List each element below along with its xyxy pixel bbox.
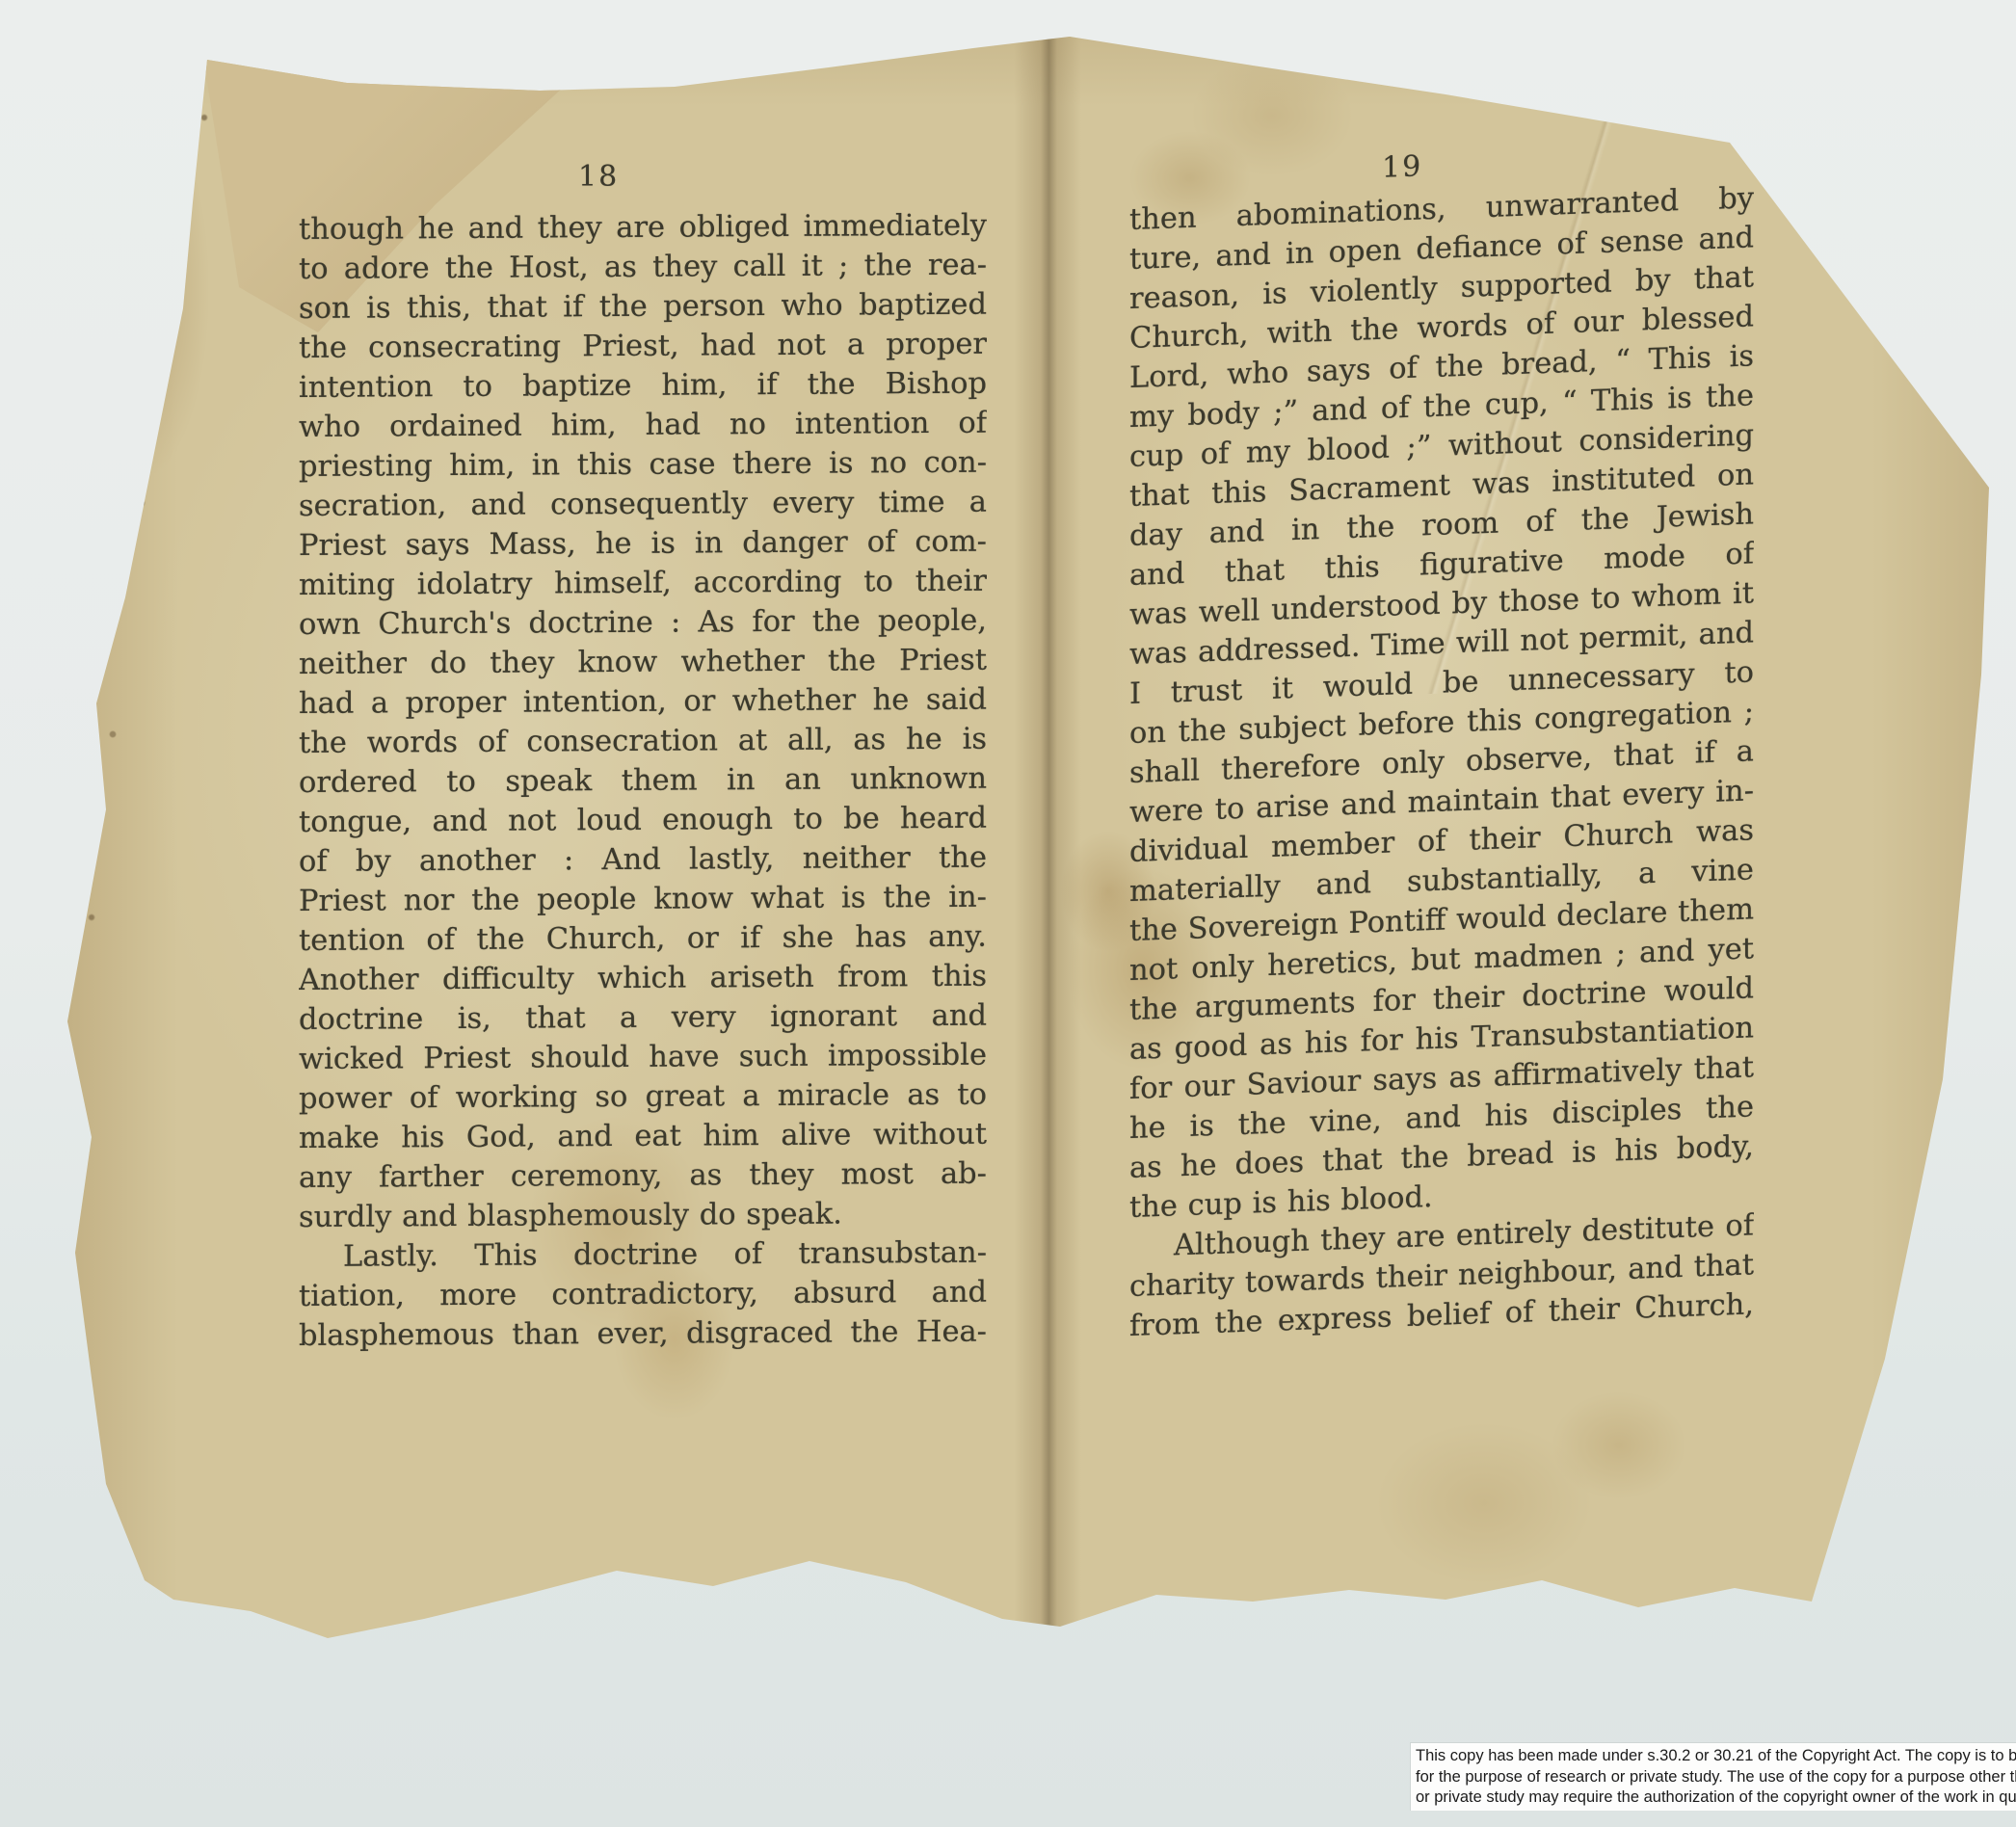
text-line: the consecrating Priest, had not a prope… (299, 325, 987, 368)
text-line: Priest nor the people know what is the i… (299, 878, 987, 921)
text-line: miting idolatry himself, according to th… (299, 562, 987, 605)
text-line: secration, and consequently every time a (299, 483, 987, 526)
text-line: had a proper intention, or whether he sa… (299, 680, 987, 724)
notice-line: This copy has been made under s.30.2 or … (1411, 1746, 2016, 1767)
page-19-text-block: then abominations, unwarranted by scrip-… (1129, 178, 1754, 1346)
text-line: neither do they know whether the Priest (299, 641, 987, 684)
text-line: intention to baptize him, if the Bishop (299, 364, 987, 408)
text-line: to adore the Host, as they call it ; the… (299, 246, 987, 289)
book-page-spread: 18 19 though he and they are obliged imm… (0, 0, 2016, 1827)
page-number-18: 18 (578, 160, 619, 194)
text-line: power of working so great a miracle as t… (299, 1075, 987, 1119)
text-line: any farther ceremony, as they most ab- (299, 1154, 987, 1198)
text-line: ordered to speak them in an unknown (299, 759, 987, 803)
scan-background: 18 19 though he and they are obliged imm… (0, 0, 2016, 1827)
notice-line: or private study may require the authori… (1411, 1787, 2016, 1809)
text-line: priesting him, in this case there is no … (299, 443, 987, 487)
text-line: though he and they are obliged immediate… (299, 206, 987, 250)
text-line: blasphemous than ever, disgraced the Hea… (299, 1312, 987, 1356)
text-line: son is this, that if the person who bapt… (299, 285, 987, 329)
page-18-text-block: though he and they are obliged immediate… (299, 206, 987, 1356)
text-line: tention of the Church, or if she has any… (299, 917, 987, 961)
text-line: of by another : And lastly, neither the (299, 838, 987, 882)
text-line: Another difficulty which ariseth from th… (299, 957, 987, 1000)
page-spine-fold (1014, 29, 1081, 1628)
text-line: doctrine is, that a very ignorant and (299, 996, 987, 1040)
text-line: tiation, more contradictory, absurd and (299, 1273, 987, 1316)
text-line: own Church's doctrine : As for the peopl… (299, 601, 987, 645)
text-line: wicked Priest should have such impossibl… (299, 1036, 987, 1079)
text-line: who ordained him, had no intention of (299, 404, 987, 447)
page-number-19: 19 (1382, 149, 1422, 184)
text-line: Priest says Mass, he is in danger of com… (299, 522, 987, 566)
text-line: make his God, and eat him alive without (299, 1115, 987, 1158)
text-line: the words of consecration at all, as he … (299, 720, 987, 763)
text-line: tongue, and not loud enough to be heard (299, 799, 987, 842)
text-line: surdly and blasphemously do speak. (299, 1194, 987, 1237)
copyright-notice: This copy has been made under s.30.2 or … (1410, 1742, 2016, 1811)
text-line: Lastly. This doctrine of transubstan- (299, 1233, 987, 1277)
notice-line: for the purpose of research or private s… (1411, 1767, 2016, 1788)
